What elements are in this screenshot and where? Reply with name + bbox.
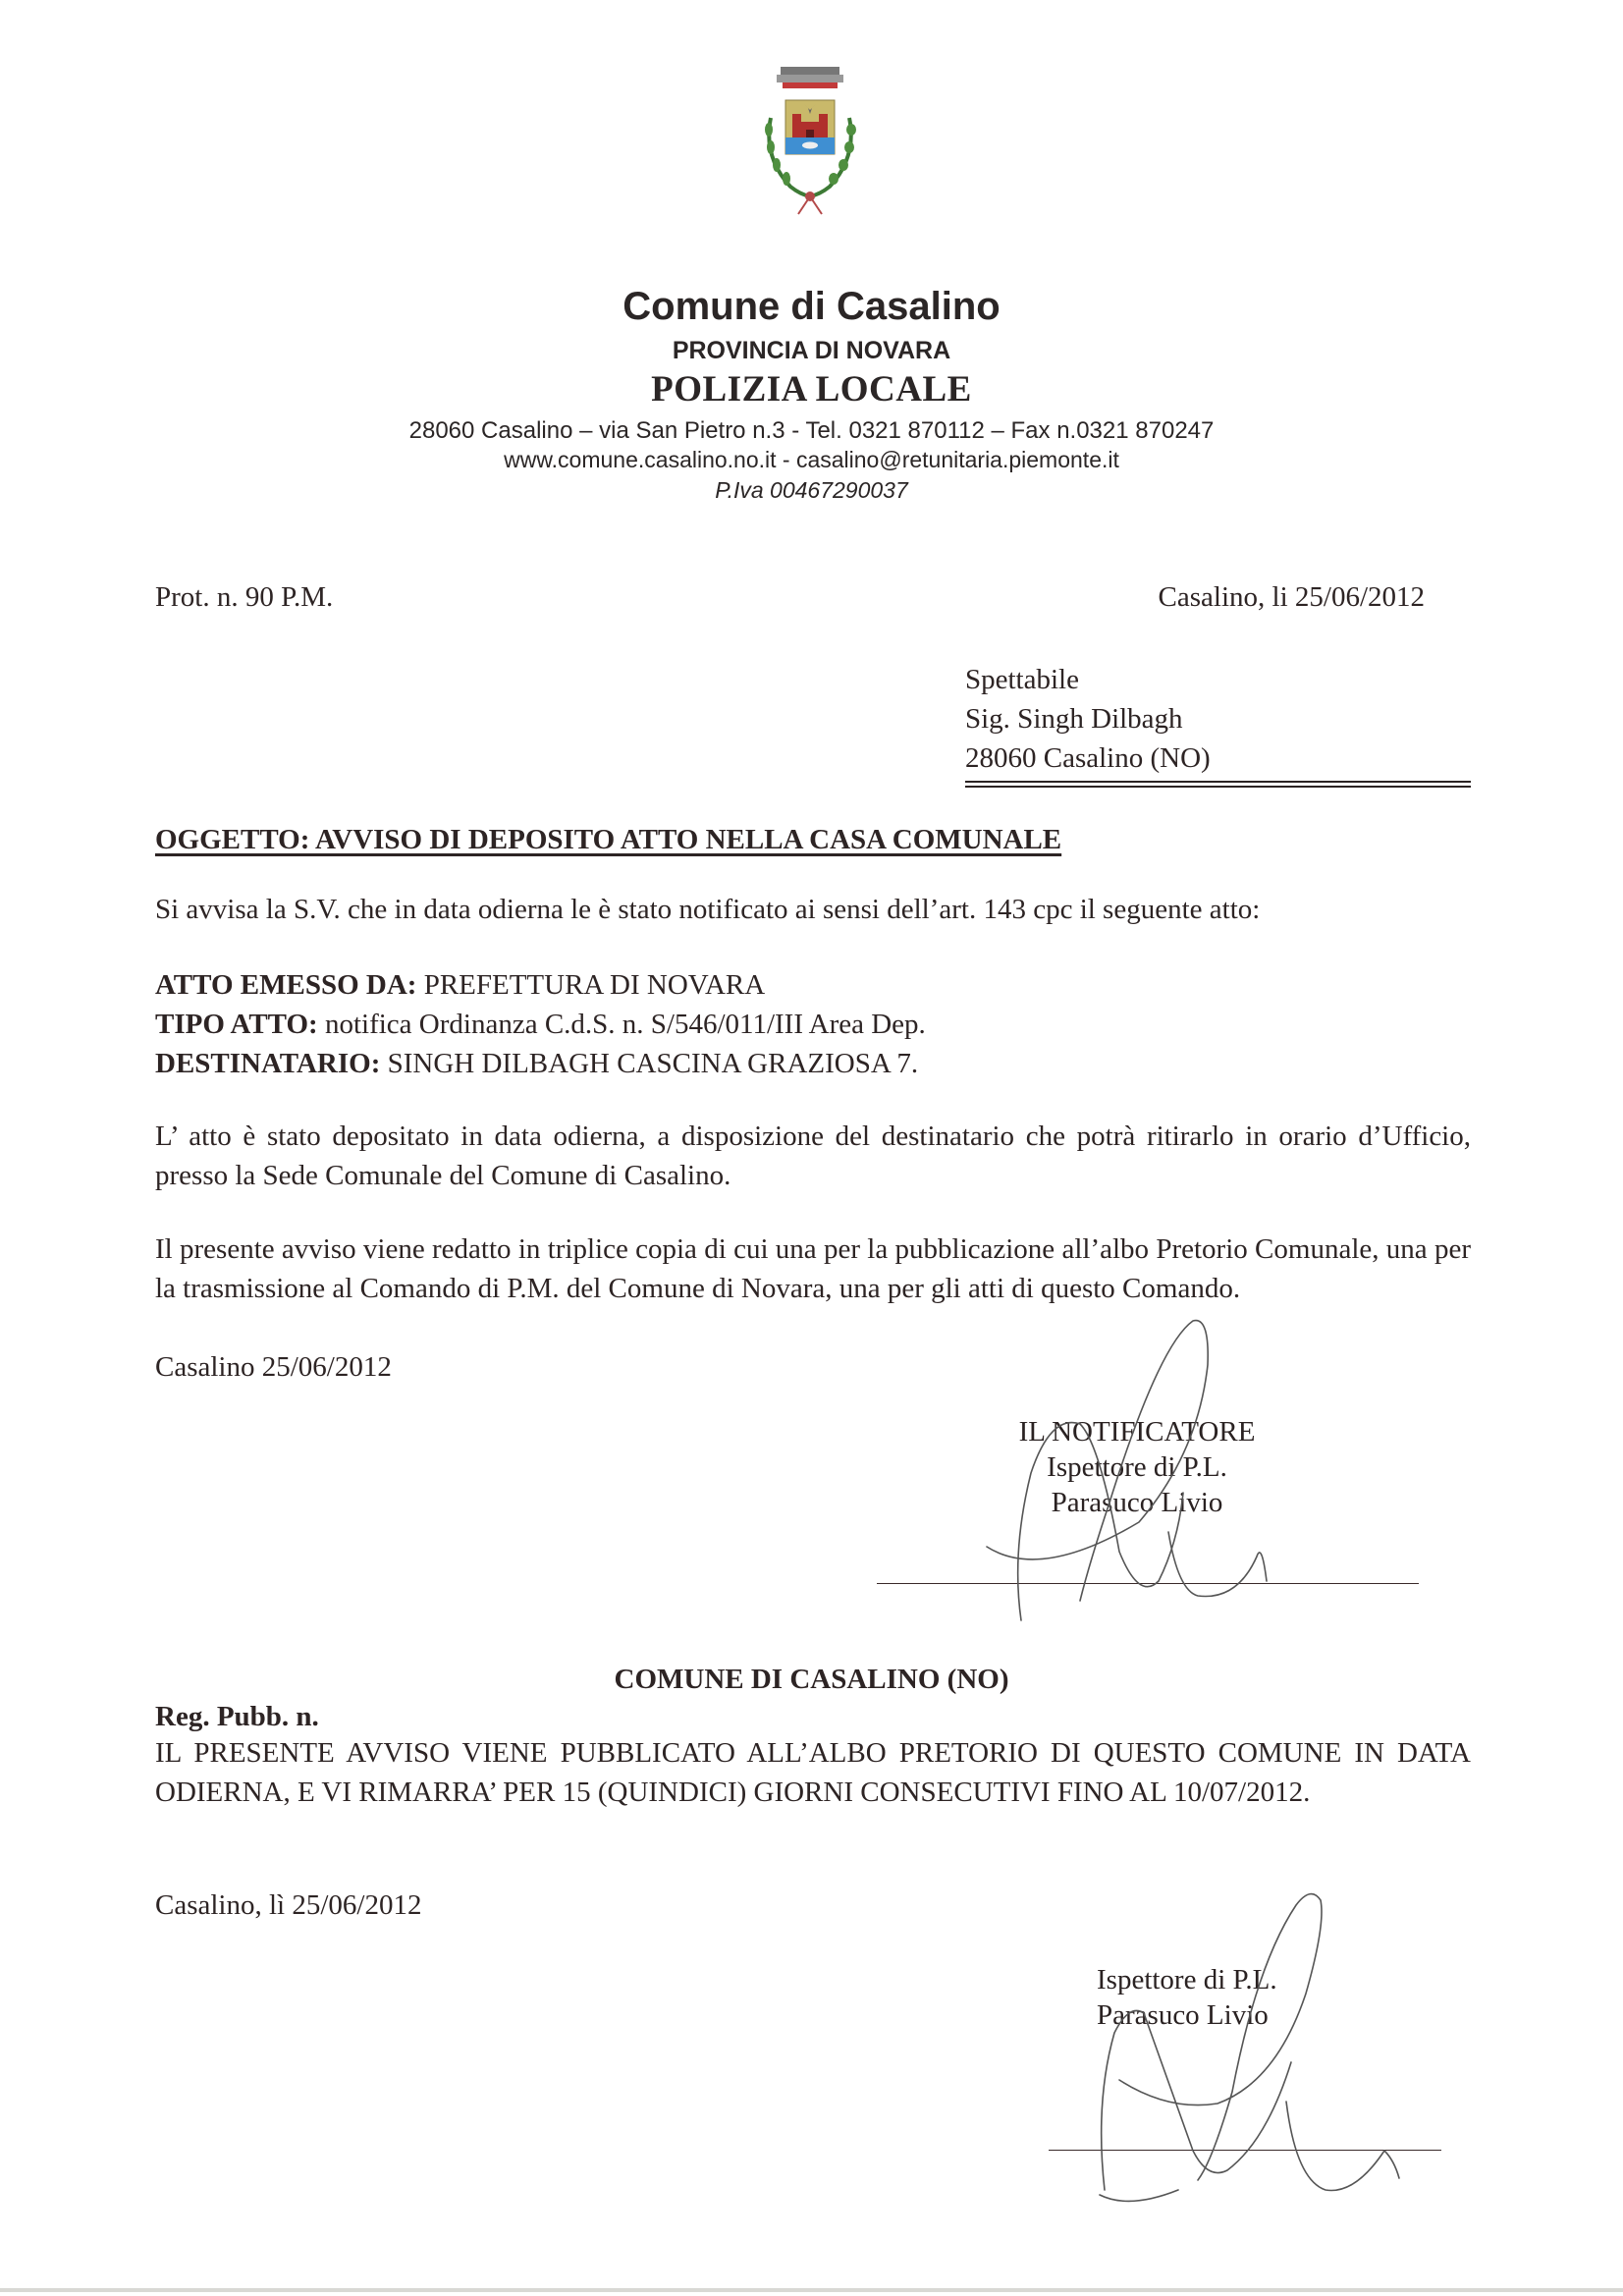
field-value: SINGH DILBAGH CASCINA GRAZIOSA 7.: [380, 1048, 918, 1079]
coat-of-arms-icon: [731, 59, 889, 226]
publication-text: IL PRESENTE AVVISO VIENE PUBBLICATO ALL’…: [155, 1733, 1471, 1812]
recipient-city: 28060 Casalino (NO): [965, 738, 1211, 778]
field-label: DESTINATARIO:: [155, 1048, 380, 1079]
field-value: PREFETTURA DI NOVARA: [416, 969, 765, 1001]
handwritten-signature-icon: [844, 1306, 1355, 1630]
municipality-name: Comune di Casalino: [0, 285, 1623, 329]
recipient-salutation: Spettabile: [965, 660, 1211, 699]
field-recipient: DESTINATARIO: SINGH DILBAGH CASCINA GRAZ…: [155, 1044, 926, 1083]
address-line: 28060 Casalino – via San Pietro n.3 - Te…: [0, 417, 1623, 445]
publication-heading: COMUNE DI CASALINO (NO): [0, 1660, 1623, 1699]
subject-heading: OGGETTO: AVVISO DI DEPOSITO ATTO NELLA C…: [155, 820, 1061, 859]
field-issuer: ATTO EMESSO DA: PREFETTURA DI NOVARA: [155, 965, 926, 1005]
recipient-name: Sig. Singh Dilbagh: [965, 699, 1211, 738]
province-name: PROVINCIA DI NOVARA: [0, 337, 1623, 365]
closing-date: Casalino 25/06/2012: [155, 1347, 392, 1387]
place-date: Casalino, li 25/06/2012: [1159, 577, 1425, 617]
copies-paragraph: Il presente avviso viene redatto in trip…: [155, 1230, 1471, 1308]
vat-number: P.Iva 00467290037: [0, 477, 1623, 504]
handwritten-signature-icon: [1021, 1866, 1473, 2239]
recipient-divider: [965, 781, 1471, 783]
publication-register-number: Reg. Pubb. n.: [155, 1697, 319, 1736]
field-label: ATTO EMESSO DA:: [155, 969, 416, 1001]
scan-edge: [0, 2288, 1623, 2292]
deposit-paragraph: L’ atto è stato depositato in data odier…: [155, 1117, 1471, 1195]
field-label: TIPO ATTO:: [155, 1009, 318, 1040]
protocol-number: Prot. n. 90 P.M.: [155, 577, 333, 617]
field-value: notifica Ordinanza C.d.S. n. S/546/011/I…: [318, 1009, 926, 1040]
recipient-block: Spettabile Sig. Singh Dilbagh 28060 Casa…: [965, 660, 1211, 778]
act-details: ATTO EMESSO DA: PREFETTURA DI NOVARA TIP…: [155, 965, 926, 1083]
web-email-line: www.comune.casalino.no.it - casalino@ret…: [0, 447, 1623, 473]
field-act-type: TIPO ATTO: notifica Ordinanza C.d.S. n. …: [155, 1005, 926, 1044]
intro-text: Si avvisa la S.V. che in data odierna le…: [155, 890, 1260, 929]
recipient-divider: [965, 786, 1471, 788]
office-name: POLIZIA LOCALE: [0, 368, 1623, 410]
publication-date: Casalino, lì 25/06/2012: [155, 1886, 421, 1925]
